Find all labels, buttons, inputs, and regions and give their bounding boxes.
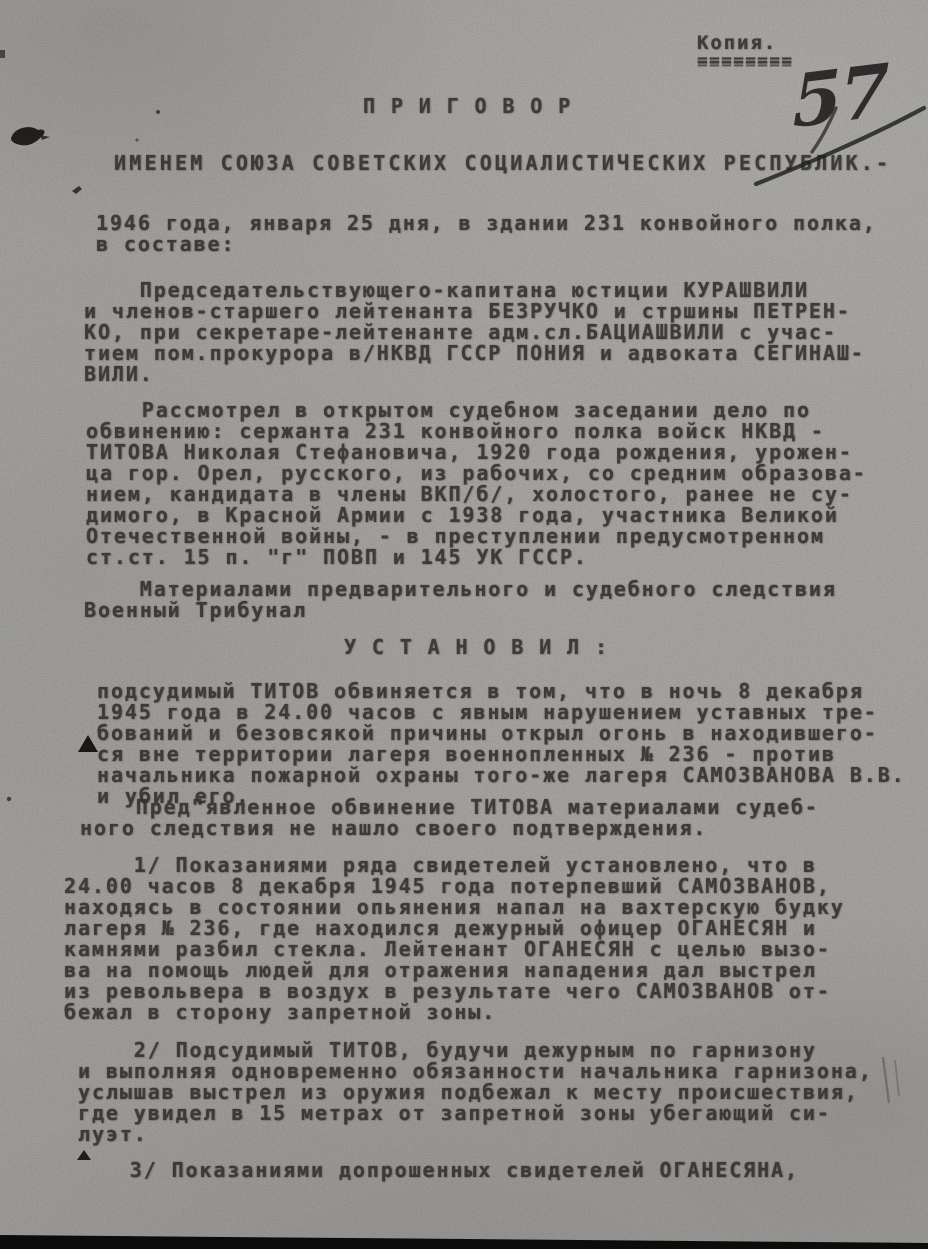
paragraph-materials-intro: Материалами предварительного и судебного… [84, 579, 837, 621]
paragraph-accusation: подсудимый ТИТОВ обвиняется в том, что в… [97, 681, 906, 807]
ink-dot [156, 110, 160, 114]
paragraph-case-description: Рассмотрел в открытом судебном заседании… [86, 400, 867, 568]
paragraph-date-line: 1946 года, января 25 дня, в здании 231 к… [96, 213, 877, 255]
paragraph-point-1: 1/ Показаниями ряда свидетелей установле… [64, 855, 845, 1023]
paragraph-court-composition: Председательствующего-капитана юстиции К… [84, 280, 865, 385]
ink-speck [72, 186, 82, 194]
pencil-mark [883, 1057, 889, 1103]
paragraph-not-confirmed: Пред"явленное обвинение ТИТОВА материала… [80, 797, 819, 839]
copy-label-underline: ======== [697, 50, 793, 71]
scan-edge-strip [0, 1235, 928, 1249]
ink-dot [7, 797, 11, 801]
ink-wedge [78, 735, 98, 752]
ink-blotch-tail [40, 135, 50, 140]
section-heading-ustanovil: У С Т А Н О В И Л : [344, 637, 609, 658]
paragraph-point-3: 3/ Показаниями допрошенных свидетелей ОГ… [74, 1160, 799, 1181]
ink-blotch [11, 127, 44, 145]
document-title: П Р И Г О В О Р [363, 96, 572, 117]
scanned-document-page: Копия. ======== П Р И Г О В О Р ИМЕНЕМ С… [0, 0, 928, 1249]
handwritten-page-number: 57 [792, 54, 889, 138]
edge-mark [0, 50, 5, 58]
pencil-mark [895, 1060, 899, 1096]
ink-dot [135, 138, 138, 141]
paragraph-point-2: 2/ Подсудимый ТИТОВ, будучи дежурным по … [78, 1040, 873, 1145]
document-subtitle: ИМЕНЕМ СОЮЗА СОВЕТСКИХ СОЦИАЛИСТИЧЕСКИХ … [114, 153, 891, 174]
